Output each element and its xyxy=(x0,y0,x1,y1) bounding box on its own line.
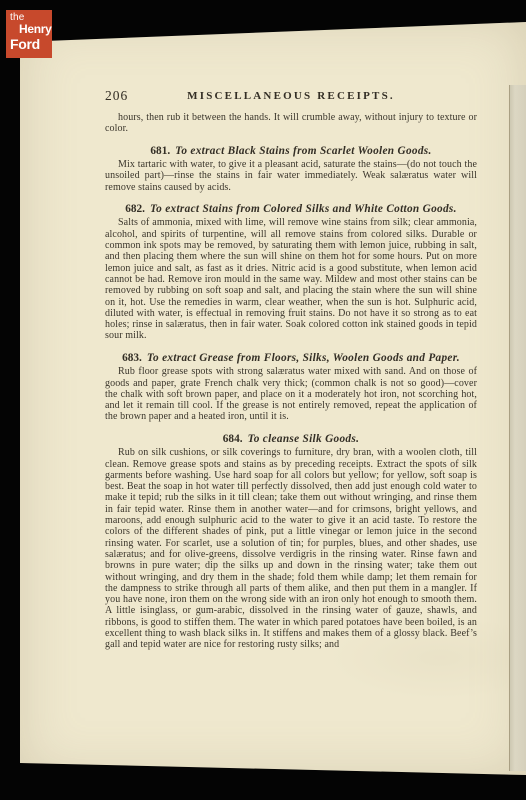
logo-word-henry: Henry xyxy=(19,23,52,35)
section-684-body: Rub on silk cushions, or silk coverings … xyxy=(105,447,477,650)
adjacent-page-edge xyxy=(509,85,526,771)
scanned-book-photo: the Henry Ford 206 MISCELLANEOUS RECEIPT… xyxy=(0,0,526,800)
section-681-title: To extract Black Stains from Scarlet Woo… xyxy=(175,145,431,157)
section-683-title: To extract Grease from Floors, Silks, Wo… xyxy=(147,352,460,364)
book-page: 206 MISCELLANEOUS RECEIPTS. hours, then … xyxy=(20,18,526,778)
running-header-title: MISCELLANEOUS RECEIPTS. xyxy=(105,88,477,102)
section-682-number: 682. xyxy=(125,203,145,215)
page-text-block: 206 MISCELLANEOUS RECEIPTS. hours, then … xyxy=(105,88,477,651)
section-683-body: Rub floor grease spots with strong salær… xyxy=(105,366,477,422)
page-number: 206 xyxy=(105,88,128,104)
section-682-body: Salts of ammonia, mixed with lime, will … xyxy=(105,217,477,341)
section-683-number: 683. xyxy=(122,352,142,364)
section-684-title: To cleanse Silk Goods. xyxy=(248,433,360,445)
logo-word-ford: Ford xyxy=(10,37,40,51)
section-681-number: 681. xyxy=(150,145,170,157)
section-684-number: 684. xyxy=(223,433,243,445)
section-682-title: To extract Stains from Colored Silks and… xyxy=(150,203,457,215)
section-683-heading: 683.To extract Grease from Floors, Silks… xyxy=(105,352,477,365)
henry-ford-logo: the Henry Ford xyxy=(6,10,52,58)
section-684-heading: 684.To cleanse Silk Goods. xyxy=(105,433,477,446)
section-682-heading: 682.To extract Stains from Colored Silks… xyxy=(105,203,477,216)
section-681-heading: 681.To extract Black Stains from Scarlet… xyxy=(105,145,477,158)
running-head: 206 MISCELLANEOUS RECEIPTS. xyxy=(105,88,477,103)
section-681-body: Mix tartaric with water, to give it a pl… xyxy=(105,159,477,193)
continuation-paragraph: hours, then rub it between the hands. It… xyxy=(105,112,477,135)
